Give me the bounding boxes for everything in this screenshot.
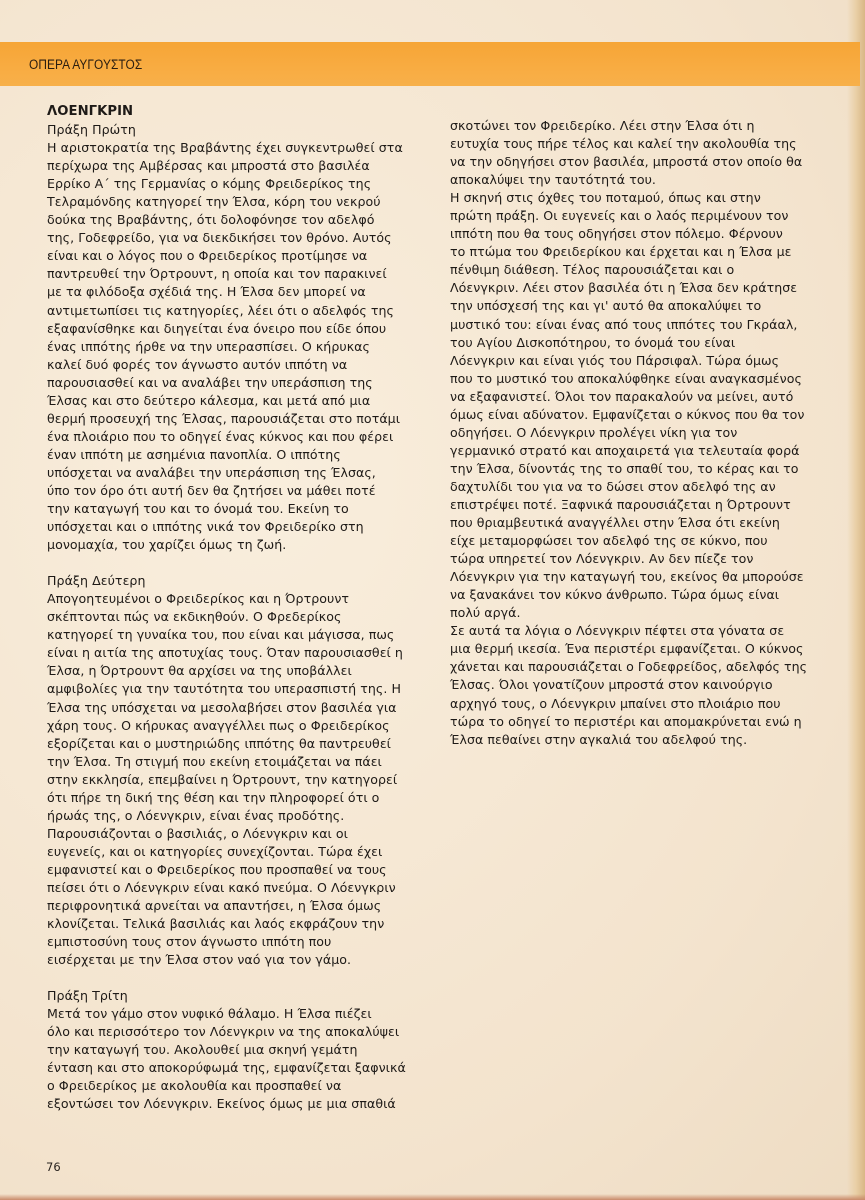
- text-line: υπόσχεται και ο ιππότης νικά τον Φρειδερ…: [47, 518, 452, 536]
- text-line: την Έλσα. Τη στιγμή που εκείνη ετοιμάζετ…: [47, 753, 452, 771]
- text-line: Η αριστοκρατία της Βραβάντης έχει συγκεν…: [47, 139, 452, 157]
- text-line: ένα πλοιάριο που το οδηγεί ένας κύκνος κ…: [47, 428, 452, 446]
- text-line: Ερρίκο Α΄ της Γερμανίας ο κόμης Φρειδερί…: [47, 175, 452, 193]
- act-3-heading: Πράξη Τρίτη: [47, 987, 452, 1005]
- text-line: ένας ιππότης ήρθε να την υπερασπίσει. Ο …: [47, 338, 452, 356]
- text-line: Έλσα της υπόσχεται να μεσολαβήσει στον β…: [47, 699, 452, 717]
- text-line: να εξαφανιστεί. Όλοι τον παρακαλούν να μ…: [450, 388, 860, 406]
- text-line: κατηγορεί τη γυναίκα του, που είναι και …: [47, 626, 452, 644]
- text-line: εμπιστοσύνη τους στον άγνωστο ιππότη που: [47, 933, 452, 951]
- text-line: της, Γοδεφρείδο, για να διεκδικήσει τον …: [47, 229, 452, 247]
- text-line: γερμανικό στρατό και αποχαιρετά για τελε…: [450, 442, 860, 460]
- act-3-continued-paragraph: σκοτώνει τον Φρειδερίκο. Λέει στην Έλσα …: [450, 117, 860, 189]
- text-line: Η σκηνή στις όχθες του ποταμού, όπως και…: [450, 189, 860, 207]
- text-line: αποκαλύψει την ταυτότητά του.: [450, 171, 860, 189]
- text-line: το πτώμα του Φρειδερίκου και έρχεται και…: [450, 243, 860, 261]
- text-line: ύπο τον όρο ότι αυτή δεν θα ζητήσει να μ…: [47, 482, 452, 500]
- right-column: σκοτώνει τον Φρειδερίκο. Λέει στην Έλσα …: [450, 117, 860, 749]
- text-line: εξοντώσει τον Λόενγκριν. Εκείνος όμως με…: [47, 1095, 452, 1113]
- text-line: με τα φιλόδοξα σχέδιά της. Η Έλσα δεν μπ…: [47, 283, 452, 301]
- text-line: υπόσχεται να αναλάβει την υπεράσπιση της…: [47, 464, 452, 482]
- text-line: Έλσα, η Όρτρουντ θα αρχίσει να της υποβά…: [47, 662, 452, 680]
- text-line: την Έλσα, δίνοντάς της το σπαθί του, το …: [450, 460, 860, 478]
- text-line: Έλσας και στο δεύτερο κάλεσμα, και μετά …: [47, 392, 452, 410]
- text-line: εισέρχεται με την Έλσα στον ναό για τον …: [47, 951, 452, 969]
- text-line: να ξανακάνει τον κύκνο άνθρωπο. Τώρα όμω…: [450, 586, 860, 604]
- text-line: περίχωρα της Αμβέρσας και μπροστά στο βα…: [47, 157, 452, 175]
- text-line: Λόενγκριν. Λέει στον βασιλέα ότι η Έλσα …: [450, 279, 860, 297]
- text-line: ένταση και στο αποκορύφωμά της, εμφανίζε…: [47, 1059, 452, 1077]
- text-line: παντρευθεί την Όρτρουντ, η οποία και τον…: [47, 265, 452, 283]
- text-line: ήρωάς της, ο Λόενγκριν, είναι ένας προδό…: [47, 807, 452, 825]
- text-line: μυστικό του: είναι ένας από τους ιππότες…: [450, 316, 860, 334]
- text-line: παρουσιασθεί και να αναλάβει την υπεράσπ…: [47, 374, 452, 392]
- text-line: ευγενείς, και οι κατηγορίες συνεχίζονται…: [47, 843, 452, 861]
- act-1-heading: Πράξη Πρώτη: [47, 121, 452, 139]
- text-line: αρχηγό τους, ο Λόενγκριν μπαίνει στο πλο…: [450, 695, 860, 713]
- text-line: δούκα της Βραβάντης, ότι δολοφόνησε τον …: [47, 211, 452, 229]
- text-line: Παρουσιάζονται ο βασιλιάς, ο Λόενγκριν κ…: [47, 825, 452, 843]
- text-line: κλονίζεται. Τελικά βασιλιάς και λαός εκφ…: [47, 915, 452, 933]
- section-header-band: ΟΠΕΡΑ ΑΥΓΟΥΣΤΟΣ: [0, 42, 860, 86]
- text-line: την υπόσχεσή της και γι' αυτό θα αποκαλύ…: [450, 297, 860, 315]
- text-line: είναι η αιτία της αποτυχίας τους. Όταν π…: [47, 644, 452, 662]
- text-line: του Αγίου Δισκοπότηρου, το όνομά του είν…: [450, 334, 860, 352]
- text-line: που το μυστικό του αποκαλύφθηκε είναι αν…: [450, 370, 860, 388]
- text-line: την καταγωγή του και το όνομά του. Εκείν…: [47, 500, 452, 518]
- text-line: Μετά τον γάμο στον νυφικό θάλαμο. Η Έλσα…: [47, 1005, 452, 1023]
- text-line: είναι και ο λόγος που ο Φρειδερίκος προτ…: [47, 247, 452, 265]
- text-line: οδηγήσει. Ο Λόενγκριν προλέγει νίκη για …: [450, 424, 860, 442]
- left-column: ΛΟΕΝΓΚΡΙΝ Πράξη Πρώτη Η αριστοκρατία της…: [47, 103, 452, 1114]
- text-line: αμφιβολίες για την ταυτότητα του υπερασπ…: [47, 680, 452, 698]
- act-2-heading: Πράξη Δεύτερη: [47, 572, 452, 590]
- text-line: πένθιμη διάθεση. Τέλος παρουσιάζεται και…: [450, 261, 860, 279]
- page-bottom-edge: [0, 1194, 865, 1200]
- text-line: μονομαχία, του χαρίζει όμως τη ζωή.: [47, 536, 452, 554]
- text-line: επιστρέψει ποτέ. Ξαφνικά παρουσιάζεται η…: [450, 496, 860, 514]
- text-line: πρώτη πράξη. Οι ευγενείς και ο λαός περι…: [450, 207, 860, 225]
- text-line: καλεί δυό φορές τον άγνωστο αυτόν ιππότη…: [47, 356, 452, 374]
- act-3-paragraph: Μετά τον γάμο στον νυφικό θάλαμο. Η Έλσα…: [47, 1005, 452, 1113]
- spacer: [47, 969, 452, 987]
- text-line: πείσει ότι ο Λόενγκριν είναι κακό πνεύμα…: [47, 879, 452, 897]
- text-line: χάρη τους. Ο κήρυκας αναγγέλλει πως ο Φρ…: [47, 717, 452, 735]
- act-3-finale-paragraph: Σε αυτά τα λόγια ο Λόενγκριν πέφτει στα …: [450, 622, 860, 748]
- text-line: ο Φρειδερίκος με ακολουθία και προσπαθεί…: [47, 1077, 452, 1095]
- article-title: ΛΟΕΝΓΚΡΙΝ: [47, 103, 452, 121]
- text-line: πολύ αργά.: [450, 604, 860, 622]
- text-line: Σε αυτά τα λόγια ο Λόενγκριν πέφτει στα …: [450, 622, 860, 640]
- text-line: όμως είναι αδύνατον. Εμφανίζεται ο κύκνο…: [450, 406, 860, 424]
- text-line: δαχτυλίδι του για να το δώσει στον αδελφ…: [450, 478, 860, 496]
- text-line: Τελραμόνδης κατηγορεί την Έλσα, κόρη του…: [47, 193, 452, 211]
- text-line: εξαφανίσθηκε και διηγείται ένα όνειρο πο…: [47, 320, 452, 338]
- text-line: αντιμετωπίσει τις κατηγορίες, λέει ότι ο…: [47, 302, 452, 320]
- text-line: να την οδηγήσει στον βασιλέα, μπροστά στ…: [450, 153, 860, 171]
- text-line: ιππότη που θα τους οδηγήσει στον πόλεμο.…: [450, 225, 860, 243]
- text-line: εξορίζεται και ο μυστηριώδης ιππότης θα …: [47, 735, 452, 753]
- text-line: σκέπτονται πώς να εκδικηθούν. Ο Φρεδερίκ…: [47, 608, 452, 626]
- text-line: χάνεται και παρουσιάζεται ο Γοδεφρείδος,…: [450, 658, 860, 676]
- act-3-river-scene-paragraph: Η σκηνή στις όχθες του ποταμού, όπως και…: [450, 189, 860, 622]
- act-1-paragraph: Η αριστοκρατία της Βραβάντης έχει συγκεν…: [47, 139, 452, 554]
- text-line: όλο και περισσότερο τον Λόενγκριν να της…: [47, 1023, 452, 1041]
- text-line: σκοτώνει τον Φρειδερίκο. Λέει στην Έλσα …: [450, 117, 860, 135]
- text-line: τώρα το οδηγεί το περιστέρι και απομακρύ…: [450, 713, 860, 731]
- page-number: 76: [46, 1160, 61, 1174]
- text-line: είχε μεταμορφώσει τον αδελφό της σε κύκν…: [450, 532, 860, 550]
- act-2-paragraph: Απογοητευμένοι ο Φρειδερίκος και η Όρτρο…: [47, 590, 452, 969]
- text-line: τώρα υπηρετεί τον Λόενγκριν. Αν δεν πίεζ…: [450, 550, 860, 568]
- text-line: θερμή προσευχή της Έλσας, παρουσιάζεται …: [47, 410, 452, 428]
- text-line: Λόενγκριν για την καταγωγή του, εκείνος …: [450, 568, 860, 586]
- text-line: έναν ιππότη με ασημένια πανοπλία. Ο ιππό…: [47, 446, 452, 464]
- text-line: περιφρονητικά αρνείται να απαντήσει, η Έ…: [47, 897, 452, 915]
- text-line: που θριαμβευτικά αναγγέλλει στην Έλσα ότ…: [450, 514, 860, 532]
- text-line: εμφανιστεί και ο Φρειδερίκος που προσπαθ…: [47, 861, 452, 879]
- text-line: Απογοητευμένοι ο Φρειδερίκος και η Όρτρο…: [47, 590, 452, 608]
- text-line: Έλσα πεθαίνει στην αγκαλιά του αδελφού τ…: [450, 731, 860, 749]
- text-line: Λόενγκριν και είναι γιός του Πάρσιφαλ. Τ…: [450, 352, 860, 370]
- text-line: ότι πήρε τη δική της θέση και την πληροφ…: [47, 789, 452, 807]
- text-line: στην εκκλησία, επεμβαίνει η Όρτρουντ, τη…: [47, 771, 452, 789]
- section-title: ΟΠΕΡΑ ΑΥΓΟΥΣΤΟΣ: [29, 57, 142, 72]
- text-line: Έλσας. Όλοι γονατίζουν μπροστά στον καιν…: [450, 676, 860, 694]
- spacer: [47, 554, 452, 572]
- text-line: ευτυχία τους πήρε τέλος και καλεί την ακ…: [450, 135, 860, 153]
- text-line: μια θερμή ικεσία. Ένα περιστέρι εμφανίζε…: [450, 640, 860, 658]
- text-line: την καταγωγή του. Ακολουθεί μια σκηνή γε…: [47, 1041, 452, 1059]
